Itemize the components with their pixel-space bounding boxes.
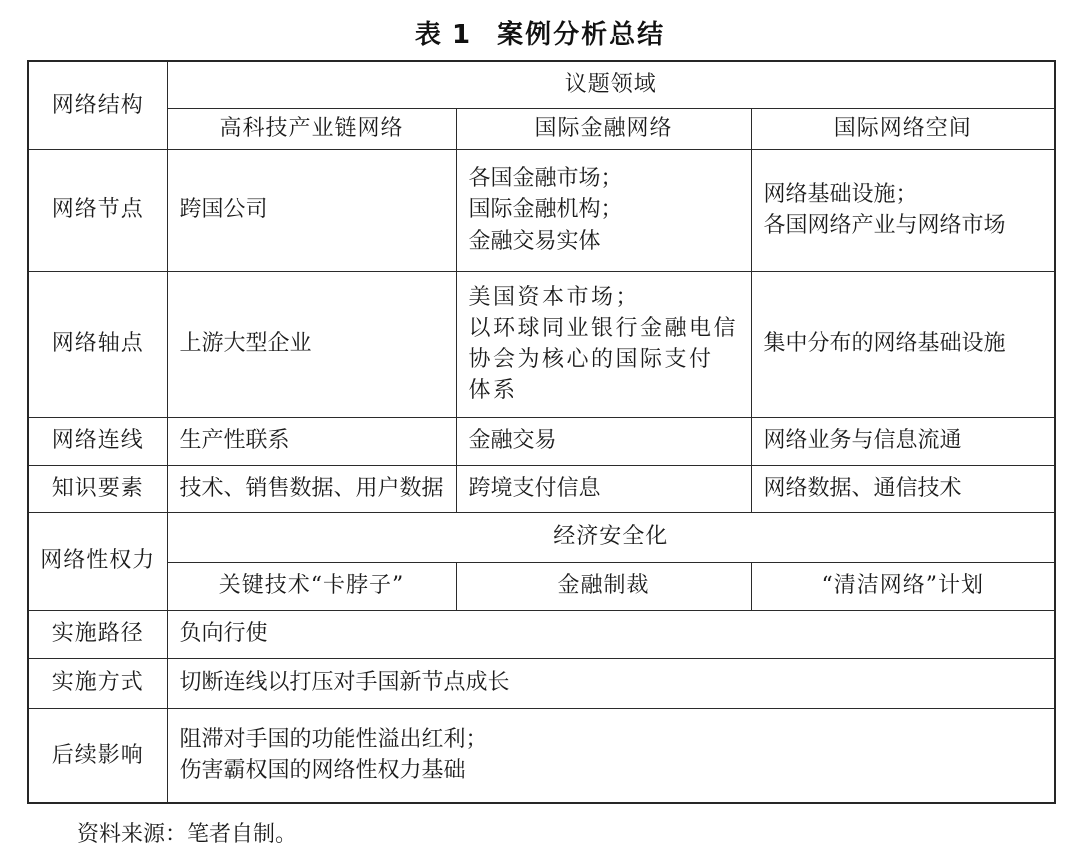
row-header-knowledge-elements: 知识要素 [28,465,167,512]
cell-nodes-cyberspace: 网络基础设施； 各国网络产业与网络市场 [751,149,1055,271]
case-analysis-summary-table: 网络结构 议题领域 高科技产业链网络 国际金融网络 国际网络空间 网络节点 跨国… [27,60,1056,804]
cell-power-case-finance: 金融制裁 [456,562,751,610]
cell-subsequent-impact: 阻滞对手国的功能性溢出红利； 伤害霸权国的网络性权力基础 [167,708,1055,803]
cell-knowledge-finance: 跨境支付信息 [456,465,751,512]
cell-links-hightech: 生产性联系 [167,417,456,465]
cell-nodes-hightech: 跨国公司 [167,149,456,271]
cell-links-cyberspace: 网络业务与信息流通 [751,417,1055,465]
row-header-network-power: 网络性权力 [28,512,167,610]
cell-power-category: 经济安全化 [167,512,1055,562]
row-header-network-links: 网络连线 [28,417,167,465]
cell-power-case-hightech: 关键技术“卡脖子” [167,562,456,610]
table-caption: 表 1案例分析总结 [0,14,1080,51]
table-caption-title: 案例分析总结 [497,20,665,50]
row-header-implementation-method: 实施方式 [28,658,167,708]
cell-links-finance: 金融交易 [456,417,751,465]
col-header-intl-cyberspace: 国际网络空间 [751,108,1055,149]
cell-implementation-method: 切断连线以打压对手国新节点成长 [167,658,1055,708]
cell-power-case-cyberspace: “清洁网络”计划 [751,562,1055,610]
cell-knowledge-hightech: 技术、销售数据、用户数据 [167,465,456,512]
cell-knowledge-cyberspace: 网络数据、通信技术 [751,465,1055,512]
row-header-network-nodes: 网络节点 [28,149,167,271]
source-note: 资料来源：笔者自制。 [77,817,1080,848]
row-header-implementation-path: 实施路径 [28,610,167,658]
col-header-hightech-chain-network: 高科技产业链网络 [167,108,456,149]
cell-hubs-finance: 美国资本市场； 以环球同业银行金融电信 协会为核心的国际支付 体系 [456,271,751,417]
row-header-network-structure: 网络结构 [28,61,167,149]
table-caption-tag: 表 1 [415,20,471,50]
row-header-subsequent-impact: 后续影响 [28,708,167,803]
cell-implementation-path: 负向行使 [167,610,1055,658]
cell-hubs-cyberspace: 集中分布的网络基础设施 [751,271,1055,417]
col-header-issue-domain: 议题领域 [167,61,1055,108]
cell-nodes-finance: 各国金融市场； 国际金融机构； 金融交易实体 [456,149,751,271]
row-header-network-hubs: 网络轴点 [28,271,167,417]
col-header-intl-financial-network: 国际金融网络 [456,108,751,149]
cell-hubs-hightech: 上游大型企业 [167,271,456,417]
